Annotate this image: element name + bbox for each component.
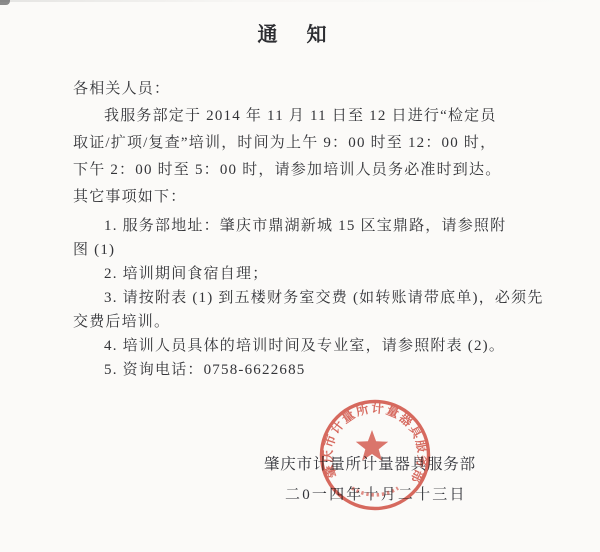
item-4-schedule: 4. 培训人员具体的培训时间及专业室，请参照附表 (2)。 (73, 334, 531, 358)
opening-paragraph: 各相关人员： 我服务部定于 2014 年 11 月 11 日至 12 日进行“检… (73, 76, 531, 211)
item-1-continued: 图 (1) (73, 238, 531, 262)
item-1-address: 1. 服务部地址：肇庆市鼎湖新城 15 区宝鼎路，请参照附 (73, 214, 531, 238)
scan-corner-speck (0, 0, 10, 5)
document-body: 各相关人员： 我服务部定于 2014 年 11 月 11 日至 12 日进行“检… (73, 76, 531, 382)
item-3-continued: 交费后培训。 (73, 310, 531, 334)
paragraph-line: 其它事项如下： (73, 184, 531, 211)
salutation: 各相关人员： (73, 76, 531, 103)
item-2-meals: 2. 培训期间食宿自理； (73, 262, 531, 286)
numbered-items: 1. 服务部地址：肇庆市鼎湖新城 15 区宝鼎路，请参照附 图 (1) 2. 培… (73, 214, 531, 382)
stamp-serial-marks (352, 488, 398, 495)
notice-document-page: 通 知 各相关人员： 我服务部定于 2014 年 11 月 11 日至 12 日… (0, 0, 600, 552)
paragraph-line: 取证/扩项/复查”培训，时间为上午 9：00 时至 12：00 时， (73, 130, 531, 157)
document-title: 通 知 (0, 18, 584, 47)
stamp-star-icon (356, 430, 388, 461)
item-3-payment: 3. 请按附表 (1) 到五楼财务室交费 (如转账请带底单)，必须先 (73, 286, 531, 310)
official-seal-stamp: 肇庆市计量所计量器具服务部 (315, 395, 435, 515)
paragraph-line: 下午 2：00 时至 5：00 时，请参加培训人员务必准时到达。 (73, 157, 531, 184)
item-5-phone: 5. 资询电话：0758-6622685 (73, 358, 531, 382)
paragraph-line: 我服务部定于 2014 年 11 月 11 日至 12 日进行“检定员 (73, 103, 531, 130)
scan-edge-artifact (0, 0, 600, 2)
